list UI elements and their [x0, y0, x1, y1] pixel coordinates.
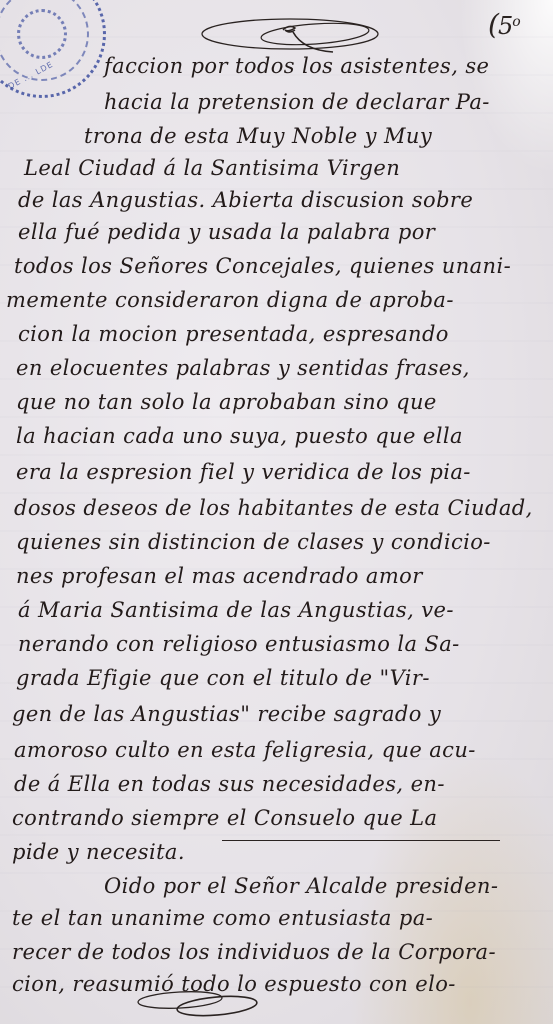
- header-flourish-icon: [195, 8, 395, 54]
- text-line: de las Angustias. Abierta discusion sobr…: [18, 190, 473, 211]
- text-line: ella fué pedida y usada la palabra por: [18, 222, 435, 243]
- text-line: nerando con religioso entusiasmo la Sa-: [18, 634, 460, 655]
- official-seal-stamp: DE ... LDE: [0, 0, 106, 98]
- text-line: trona de esta Muy Noble y Muy: [84, 126, 432, 147]
- text-line: todos los Señores Concejales, quienes un…: [14, 256, 511, 277]
- text-line: grada Efigie que con el titulo de "Vir-: [16, 668, 430, 689]
- manuscript-page: DE ... LDE (5o faccion por todos los asi…: [0, 0, 553, 1024]
- text-line: te el tan unanime como entusiasta pa-: [12, 908, 433, 929]
- folio-bracket: (: [488, 8, 498, 41]
- text-line: quienes sin distincion de clases y condi…: [16, 532, 491, 553]
- text-line: gen de las Angustias" recibe sagrado y: [12, 704, 441, 725]
- text-line: contrando siempre el Consuelo que La: [12, 808, 437, 829]
- folio-number: (5o: [488, 8, 520, 41]
- text-line: faccion por todos los asistentes, se: [104, 56, 489, 77]
- text-line: recer de todos los individuos de la Corp…: [12, 942, 496, 963]
- text-line: pide y necesita.: [12, 842, 185, 863]
- text-line: en elocuentes palabras y sentidas frases…: [16, 358, 470, 379]
- text-line: Oido por el Señor Alcalde presiden-: [104, 876, 498, 897]
- text-line: á Maria Santisima de las Angustias, ve-: [18, 600, 454, 621]
- text-line: Leal Ciudad á la Santisima Virgen: [24, 158, 400, 179]
- text-line: que no tan solo la aprobaban sino que: [16, 392, 437, 413]
- folio-number-value: 5: [498, 12, 512, 40]
- text-line: era la espresion fiel y veridica de los …: [16, 462, 471, 483]
- text-line: dosos deseos de los habitantes de esta C…: [14, 498, 533, 519]
- text-line: nes profesan el mas acendrado amor: [16, 566, 423, 587]
- text-line: amoroso culto en esta feligresia, que ac…: [14, 740, 476, 761]
- line-filler-rule: [222, 840, 500, 841]
- text-line: memente consideraron digna de aproba-: [6, 290, 454, 311]
- text-line: la hacian cada uno suya, puesto que ella: [16, 426, 463, 447]
- text-line: hacia la pretension de declarar Pa-: [104, 92, 490, 113]
- text-line: cion la mocion presentada, espresando: [18, 324, 449, 345]
- text-line: de á Ella en todas sus necesidades, en-: [14, 774, 445, 795]
- folio-suffix: o: [512, 14, 519, 30]
- footer-flourish-icon: [135, 988, 265, 1020]
- stamp-text: DE ... LDE: [7, 60, 55, 91]
